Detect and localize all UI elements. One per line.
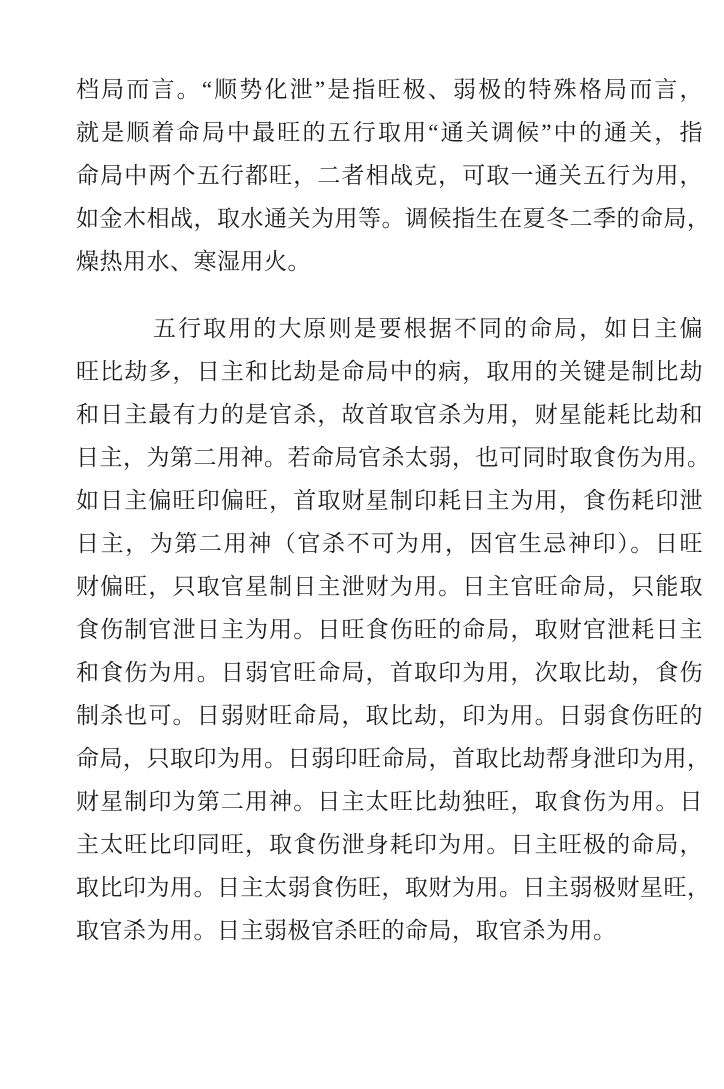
text-line: 取官杀为用。日主弱极官杀旺的命局，取官杀为用。 — [76, 909, 703, 952]
text-line: 财偏旺，只取官星制日主泄财为用。日主官旺命局，只能取 — [76, 565, 703, 608]
text-line: 和日主最有力的是官杀，故首取官杀为用，财星能耗比劫和 — [76, 393, 703, 436]
text-line: 和食伤为用。日弱官旺命局，首取印为用，次取比劫，食伤 — [76, 651, 703, 694]
paragraph: 档局而言。“顺势化泄”是指旺极、弱极的特殊格局而言， 就是顺着命局中最旺的五行取… — [76, 68, 703, 283]
text-line: 就是顺着命局中最旺的五行取用“通关调候”中的通关，指 — [76, 111, 703, 154]
text-line: 取比印为用。日主太弱食伤旺，取财为用。日主弱极财星旺， — [76, 866, 703, 909]
paragraph: 五行取用的大原则是要根据不同的命局，如日主偏 旺比劫多，日主和比劫是命局中的病，… — [76, 307, 703, 952]
text-line: 食伤制官泄日主为用。日旺食伤旺的命局，取财官泄耗日主 — [76, 608, 703, 651]
text-line: 五行取用的大原则是要根据不同的命局，如日主偏 — [76, 307, 703, 350]
text-line: 燥热用水、寒湿用火。 — [76, 240, 703, 283]
text-line: 财星制印为第二用神。日主太旺比劫独旺，取食伤为用。日 — [76, 780, 703, 823]
text-line: 制杀也可。日弱财旺命局，取比劫，印为用。日弱食伤旺的 — [76, 694, 703, 737]
text-line: 命局，只取印为用。日弱印旺命局，首取比劫帮身泄印为用， — [76, 737, 703, 780]
text-line: 命局中两个五行都旺，二者相战克，可取一通关五行为用， — [76, 154, 703, 197]
text-line: 日主，为第二用神（官杀不可为用，因官生忌神印）。日旺 — [76, 522, 703, 565]
text-line: 档局而言。“顺势化泄”是指旺极、弱极的特殊格局而言， — [76, 68, 703, 111]
text-line: 旺比劫多，日主和比劫是命局中的病，取用的关键是制比劫 — [76, 350, 703, 393]
text-line: 如金木相战，取水通关为用等。调候指生在夏冬二季的命局， — [76, 197, 703, 240]
document-page: 档局而言。“顺势化泄”是指旺极、弱极的特殊格局而言， 就是顺着命局中最旺的五行取… — [0, 0, 724, 1089]
text-line: 日主，为第二用神。若命局官杀太弱，也可同时取食伤为用。 — [76, 436, 703, 479]
text-line: 主太旺比印同旺，取食伤泄身耗印为用。日主旺极的命局， — [76, 823, 703, 866]
text-line: 如日主偏旺印偏旺，首取财星制印耗日主为用，食伤耗印泄 — [76, 479, 703, 522]
